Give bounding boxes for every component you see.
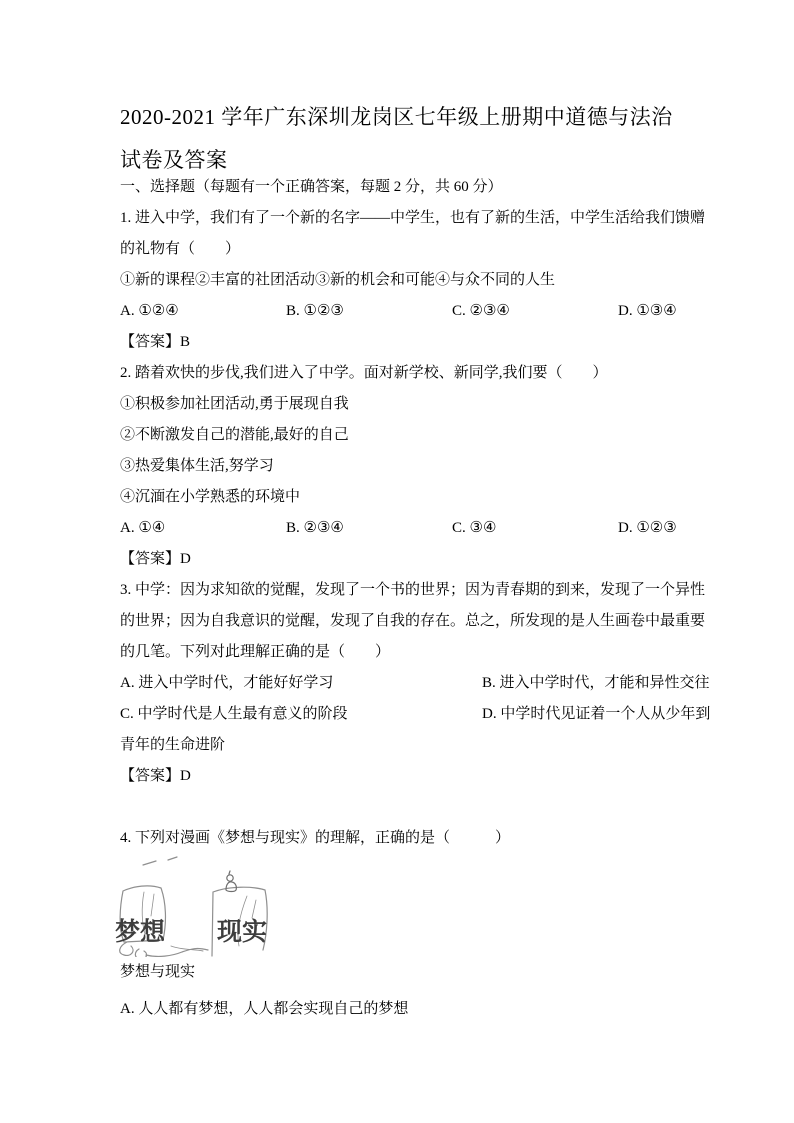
- q3-stem-line-1: 3. 中学：因为求知欲的觉醒，发现了一个书的世界；因为青春期的到来，发现了一个异…: [120, 575, 682, 606]
- question-2: 2. 踏着欢快的步伐,我们进入了中学。面对新学校、新同学,我们要（ ） ①积极参…: [120, 358, 682, 575]
- q1-choices-line: ①新的课程②丰富的社团活动③新的机会和可能④与众不同的人生: [120, 265, 682, 296]
- page-title-line-1: 2020-2021 学年广东深圳龙岗区七年级上册期中道德与法治: [120, 96, 682, 139]
- cloud-tail-line: [146, 949, 208, 957]
- q4-option-a: A. 人人都有梦想，人人都会实现自己的梦想: [120, 994, 682, 1025]
- q2-item-1: ①积极参加社团活动,勇于展现自我: [120, 389, 682, 420]
- q3-stem-line-3: 的几笔。下列对此理解正确的是（ ）: [120, 637, 682, 668]
- q4-stem-line-1: 4. 下列对漫画《梦想与现实》的理解，正确的是（ ）: [120, 823, 682, 854]
- q2-stem-line-1: 2. 踏着欢快的步伐,我们进入了中学。面对新学校、新同学,我们要（ ）: [120, 358, 682, 389]
- wind-dash-icon: [143, 861, 156, 865]
- q1-stem-line-1: 1. 进入中学，我们有了一个新的名字——中学生，也有了新的生活，中学生活给我们馈…: [120, 203, 682, 234]
- q1-option-b: B. ①②③: [286, 296, 452, 327]
- q1-stem-line-2: 的礼物有（ ）: [120, 234, 682, 265]
- cliff-texture-line: [252, 900, 256, 918]
- question-1: 1. 进入中学，我们有了一个新的名字——中学生，也有了新的生活，中学生活给我们馈…: [120, 203, 682, 358]
- q2-answer: 【答案】D: [120, 544, 682, 575]
- q1-option-d: D. ①③④: [618, 296, 677, 327]
- wind-dash-icon: [168, 857, 177, 860]
- q2-item-3: ③热爱集体生活,努学习: [120, 451, 682, 482]
- blank-line: [120, 792, 682, 823]
- q4-cartoon-caption: 梦想与现实: [120, 957, 682, 988]
- question-3: 3. 中学：因为求知欲的觉醒，发现了一个书的世界；因为青春期的到来，发现了一个异…: [120, 575, 682, 792]
- reality-label: 现实: [217, 918, 267, 946]
- q3-option-c: C. 中学时代是人生最有意义的阶段: [120, 699, 482, 730]
- q1-answer: 【答案】B: [120, 327, 682, 358]
- q1-option-a: A. ①②④: [120, 296, 286, 327]
- q1-options-row: A. ①②④ B. ①②③ C. ②③④ D. ①③④: [120, 296, 682, 327]
- q3-option-a: A. 进入中学时代，才能好好学习: [120, 668, 482, 699]
- cliff-texture-line: [151, 894, 154, 916]
- q2-options-row: A. ①④ B. ②③④ C. ③④ D. ①②③: [120, 513, 682, 544]
- page-title: 2020-2021 学年广东深圳龙岗区七年级上册期中道德与法治 试卷及答案: [120, 96, 682, 182]
- q2-item-4: ④沉湎在小学熟悉的环境中: [120, 482, 682, 513]
- q3-options-row-ab: A. 进入中学时代，才能好好学习 B. 进入中学时代，才能和异性交往: [120, 668, 682, 699]
- dream-vs-reality-cartoon: 梦想 现实: [113, 854, 682, 957]
- q2-option-d: D. ①②③: [618, 513, 677, 544]
- dream-vs-reality-illustration: 梦想 现实: [113, 854, 313, 957]
- q3-option-b: B. 进入中学时代，才能和异性交往: [482, 668, 710, 699]
- q3-stem-line-2: 的世界；因为自我意识的觉醒，发现了自我的存在。总之，所发现的是人生画卷中最重要: [120, 606, 682, 637]
- q2-item-2: ②不断激发自己的潜能,最好的自己: [120, 420, 682, 451]
- q3-options-row-cd: C. 中学时代是人生最有意义的阶段 D. 中学时代见证着一个人从少年到: [120, 699, 682, 730]
- cloud-curl-icon: [135, 949, 146, 957]
- q3-answer: 【答案】D: [120, 761, 682, 792]
- question-4: 4. 下列对漫画《梦想与现实》的理解，正确的是（ ）: [120, 823, 682, 1025]
- q2-option-c: C. ③④: [452, 513, 618, 544]
- dream-label: 梦想: [115, 917, 166, 946]
- q3-option-d: D. 中学时代见证着一个人从少年到: [482, 699, 710, 730]
- q2-option-b: B. ②③④: [286, 513, 452, 544]
- q2-option-a: A. ①④: [120, 513, 286, 544]
- document-page: 2020-2021 学年广东深圳龙岗区七年级上册期中道德与法治 试卷及答案 一、…: [0, 0, 794, 1123]
- section-header: 一、选择题（每题有一个正确答案，每题 2 分，共 60 分）: [120, 172, 682, 203]
- q1-option-c: C. ②③④: [452, 296, 618, 327]
- q3-option-d-continuation: 青年的生命进阶: [120, 730, 682, 761]
